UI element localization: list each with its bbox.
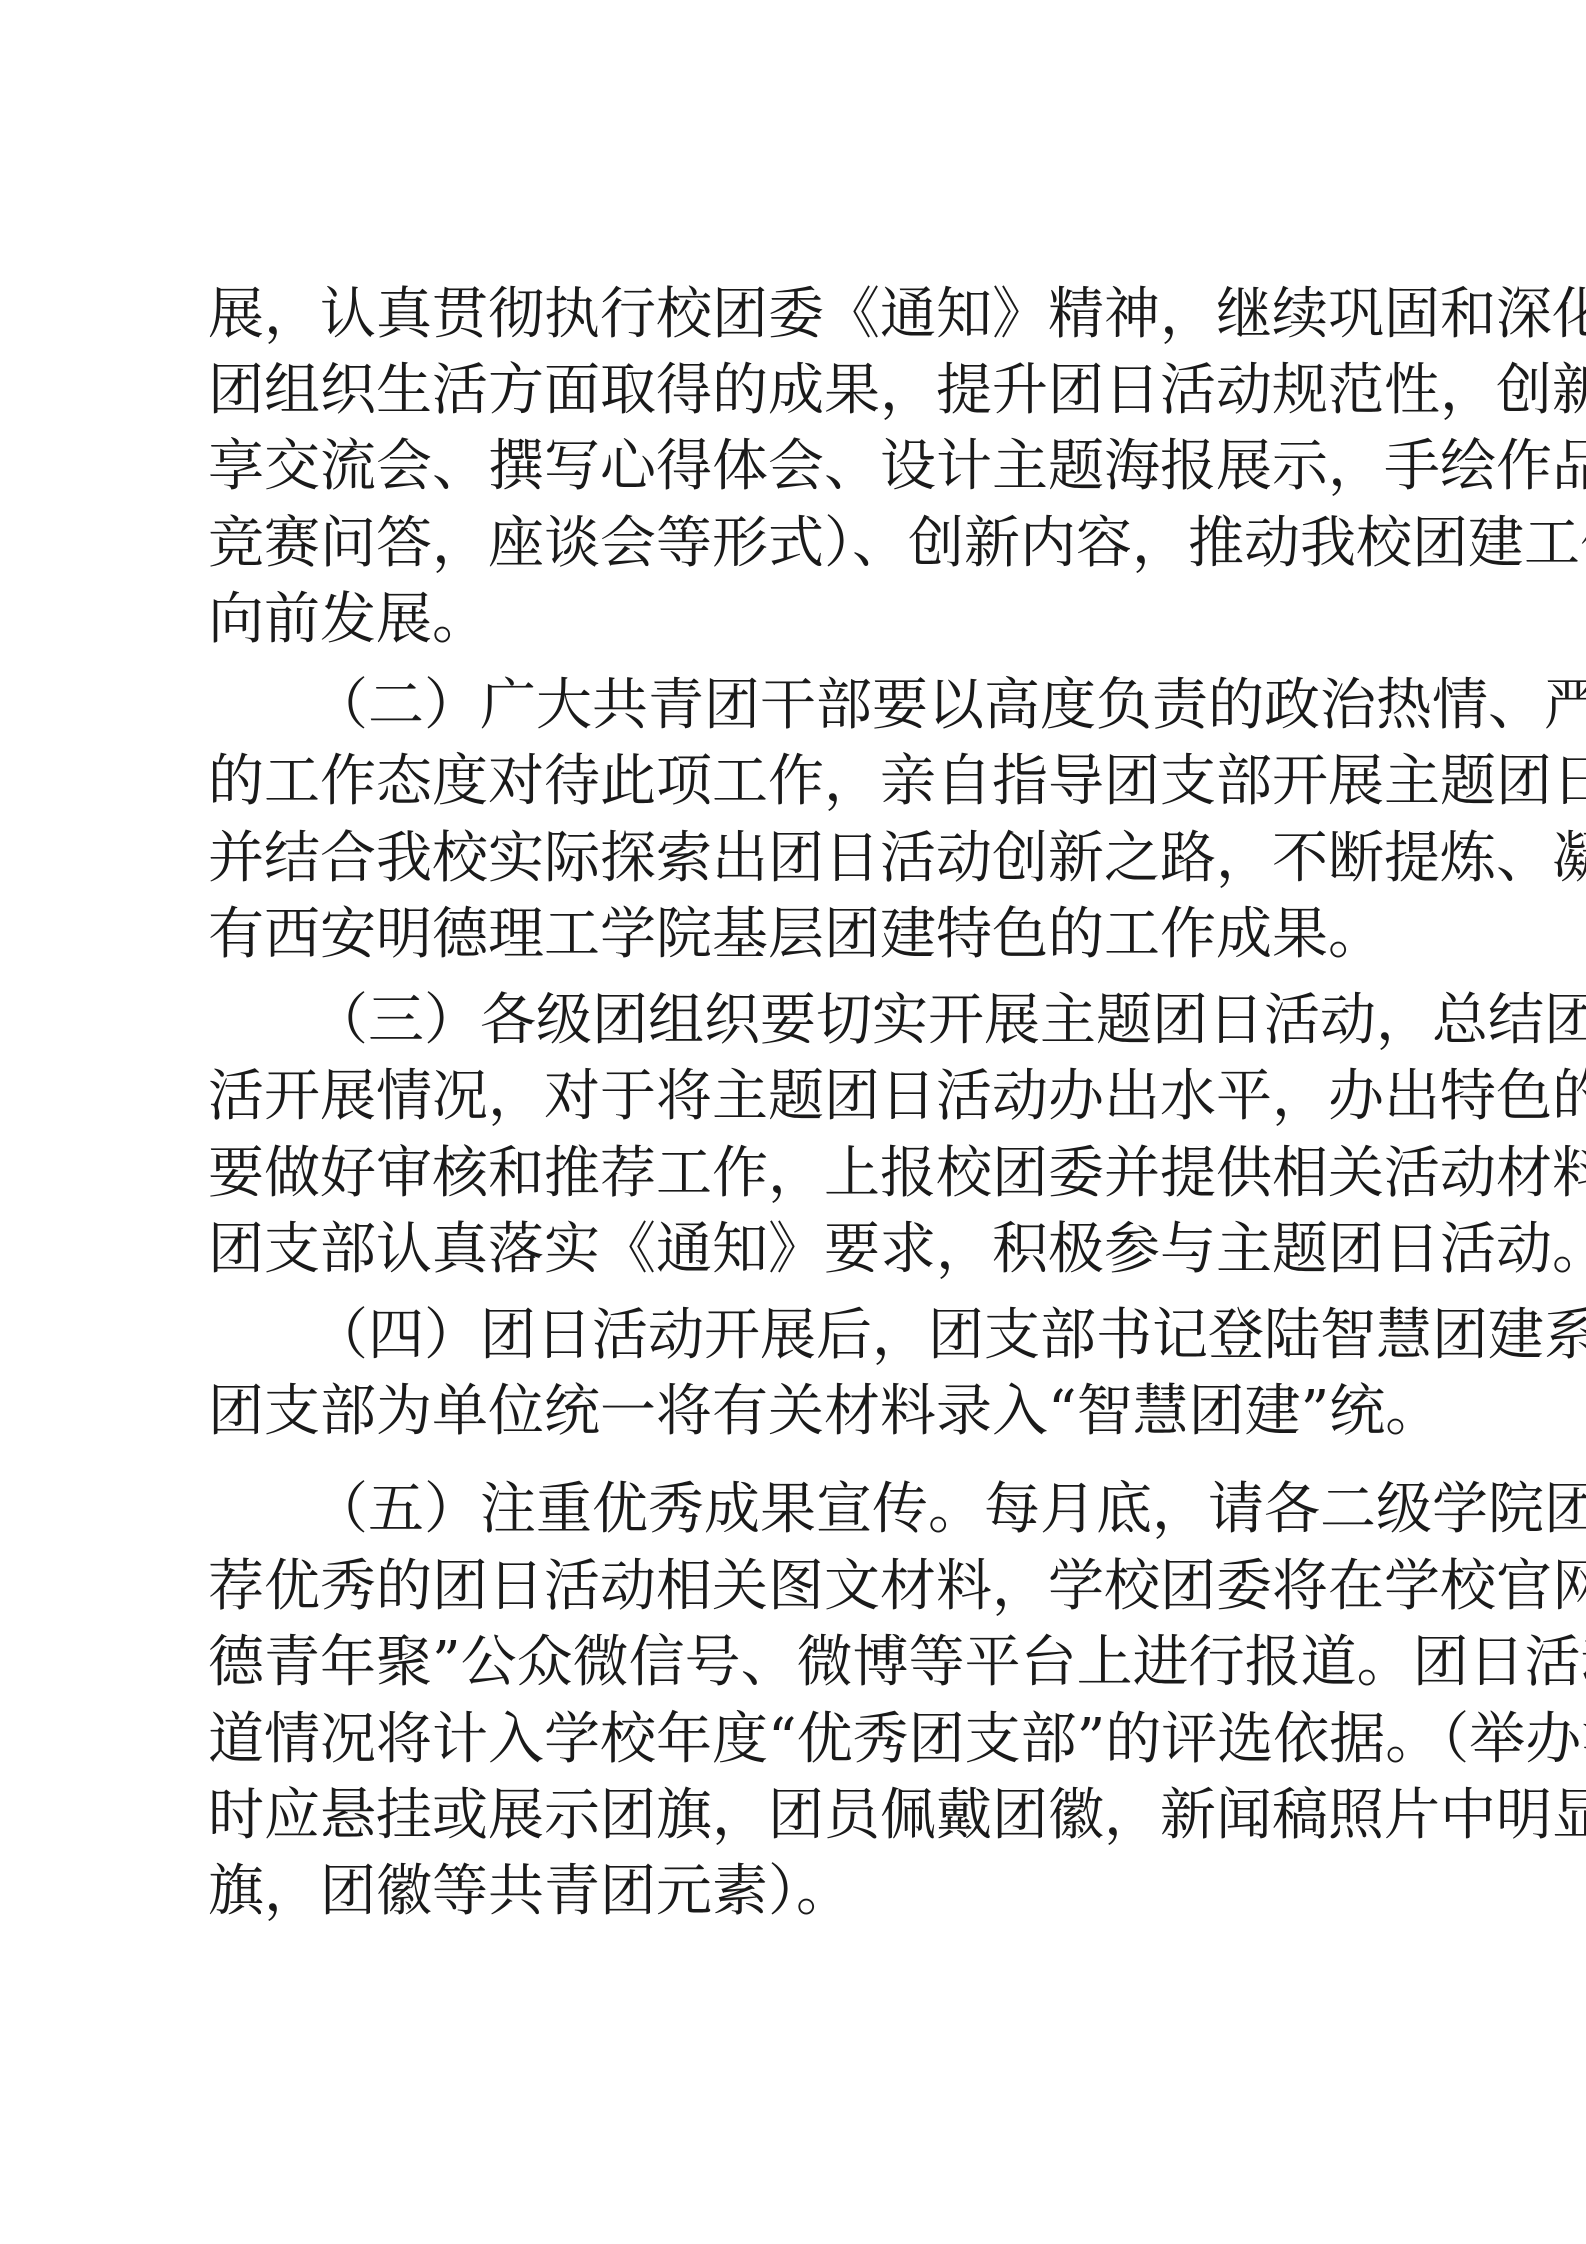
text-line: 并结合我校实际探索出团日活动创新之路，不断提炼、凝练出具 — [208, 829, 1388, 889]
text-line: 展，认真贯彻执行校团委《通知》精神，继续巩固和深化我校在 — [208, 285, 1388, 345]
text-line: 团支部认真落实《通知》要求，积极参与主题团日活动。 — [208, 1220, 1388, 1280]
text-line: 荐优秀的团日活动相关图文材料，学校团委将在学校官网和“明 — [208, 1557, 1388, 1617]
text-line: 德青年聚”公众微信号、微博等平台上进行报道。团日活动的报 — [208, 1633, 1388, 1693]
text-line: （四）团日活动开展后，团支部书记登陆智慧团建系统，以 — [312, 1306, 1388, 1366]
text-line: 团支部为单位统一将有关材料录入“智慧团建”统。 — [208, 1382, 1388, 1442]
text-line: （五）注重优秀成果宣传。每月底，请各二级学院团工委推 — [312, 1480, 1388, 1540]
text-line: 享交流会、撰写心得体会、设计主题海报展示，手绘作品，知识 — [208, 437, 1388, 497]
text-line: （三）各级团组织要切实开展主题团日活动，总结团组织生 — [312, 991, 1388, 1051]
text-line: 道情况将计入学校年度“优秀团支部”的评选依据。（举办活动 — [208, 1710, 1388, 1770]
text-line: 有西安明德理工学院基层团建特色的工作成果。 — [208, 905, 1388, 965]
text-line: （二）广大共青团干部要以高度负责的政治热情、严肃认真 — [312, 676, 1388, 736]
text-line: 竞赛问答，座谈会等形式）、创新内容，推动我校团建工作继续 — [208, 514, 1388, 574]
text-line: 活开展情况，对于将主题团日活动办出水平，办出特色的团支部， — [208, 1067, 1388, 1127]
text-line: 时应悬挂或展示团旗，团员佩戴团徽，新闻稿照片中明显体现团 — [208, 1786, 1388, 1846]
text-line: 向前发展。 — [208, 590, 1388, 650]
text-line: 要做好审核和推荐工作，上报校团委并提供相关活动材料。请各 — [208, 1144, 1388, 1204]
document-page: 展，认真贯彻执行校团委《通知》精神，继续巩固和深化我校在 团组织生活方面取得的成… — [0, 0, 1586, 2244]
text-line: 团组织生活方面取得的成果，提升团日活动规范性，创新形式（分 — [208, 361, 1388, 421]
text-line: 的工作态度对待此项工作，亲自指导团支部开展主题团日活动， — [208, 752, 1388, 812]
text-line: 旗，团徽等共青团元素）。 — [208, 1862, 1388, 1922]
